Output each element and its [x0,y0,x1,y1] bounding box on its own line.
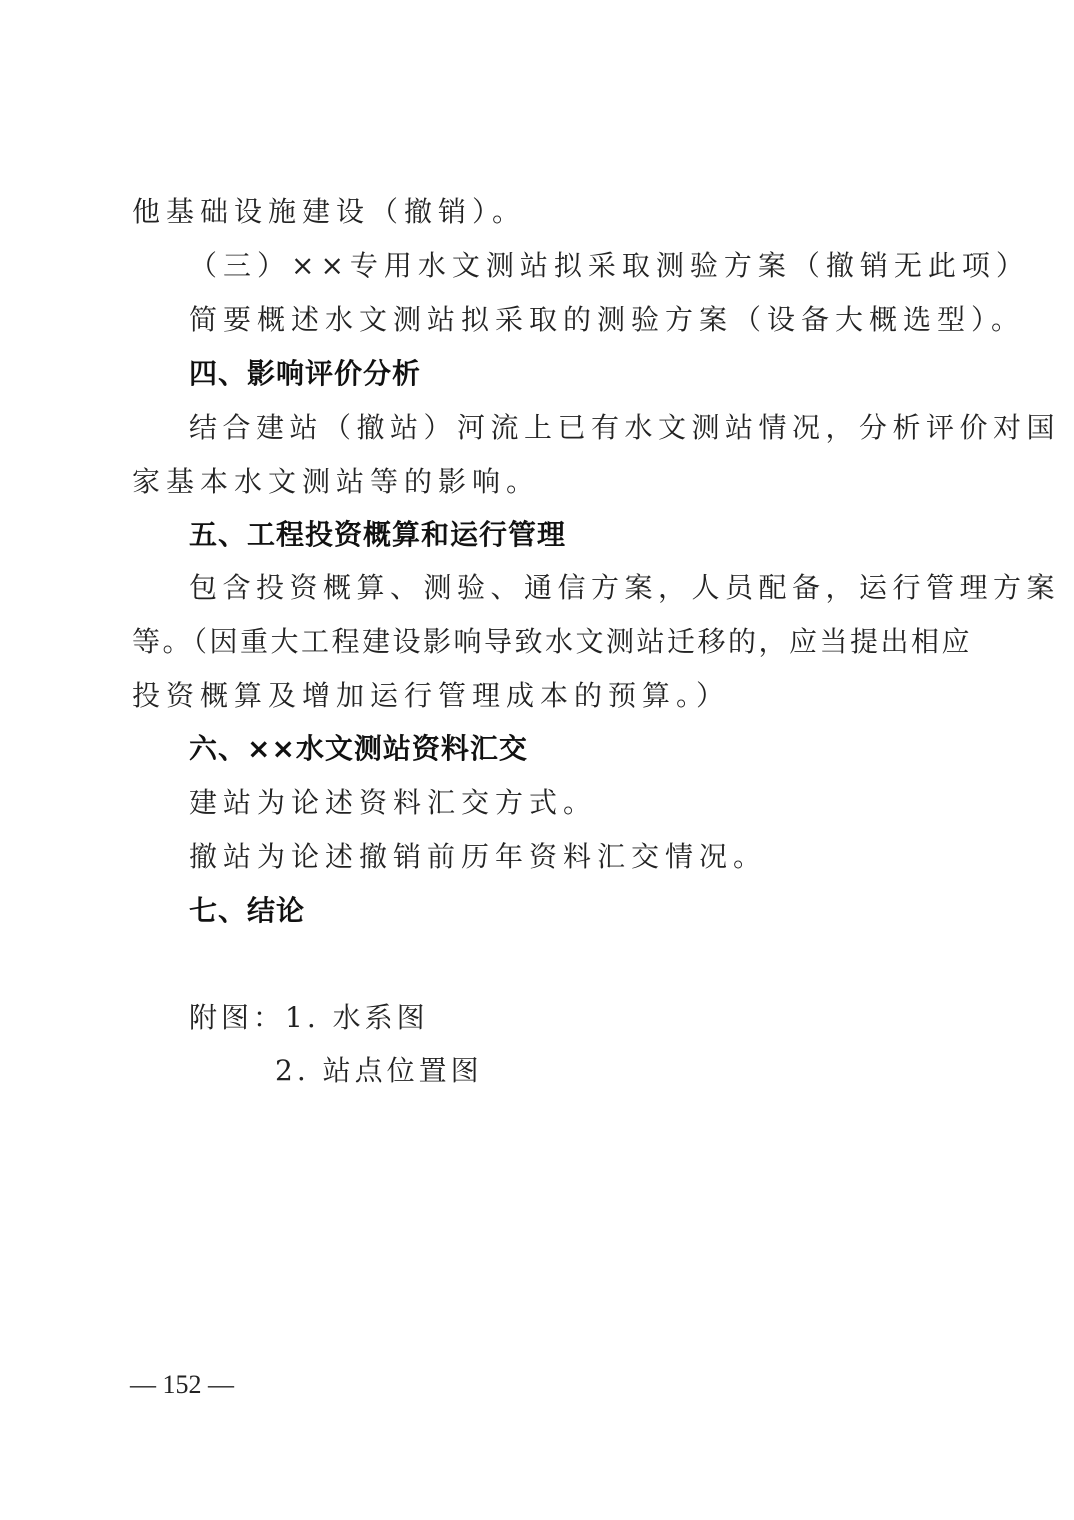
section-heading-conclusion: 七、结论 [189,893,305,929]
body-text-line: 简要概述水文测站拟采取的测验方案（设备大概选型）。 [189,302,1025,338]
body-text-line: 撤站为论述撤销前历年资料汇交情况。 [189,839,767,875]
section-heading-investment: 五、工程投资概算和运行管理 [189,517,566,553]
document-page: 他基础设施建设（撤销）。 （三）××专用水文测站拟采取测验方案（撤销无此项） 简… [0,0,1074,1520]
section-heading-data-submission: 六、××水文测站资料汇交 [189,731,528,767]
section-heading-impact-analysis: 四、影响评价分析 [189,356,421,392]
body-text-line: 建站为论述资料汇交方式。 [189,785,597,821]
body-text-line: 结合建站（撤站）河流上已有水文测站情况，分析评价对国 [189,410,1060,446]
body-text-line: 投资概算及增加运行管理成本的预算。） [132,678,730,714]
body-text-line: 他基础设施建设（撤销）。 [132,194,526,230]
appendix-label: 附图：1. 水系图 [189,1000,429,1036]
subsection-title: （三）××专用水文测站拟采取测验方案（撤销无此项） [189,248,1030,284]
body-text-line: 包含投资概算、测验、通信方案，人员配备，运行管理方案 [189,570,1060,606]
appendix-item-2: 2. 站点位置图 [275,1053,483,1089]
body-text-line: 等。（因重大工程建设影响导致水文测站迁移的，应当提出相应 [132,624,972,660]
body-text-line: 家基本水文测站等的影响。 [132,464,540,500]
page-number: — 152 — [130,1368,234,1402]
